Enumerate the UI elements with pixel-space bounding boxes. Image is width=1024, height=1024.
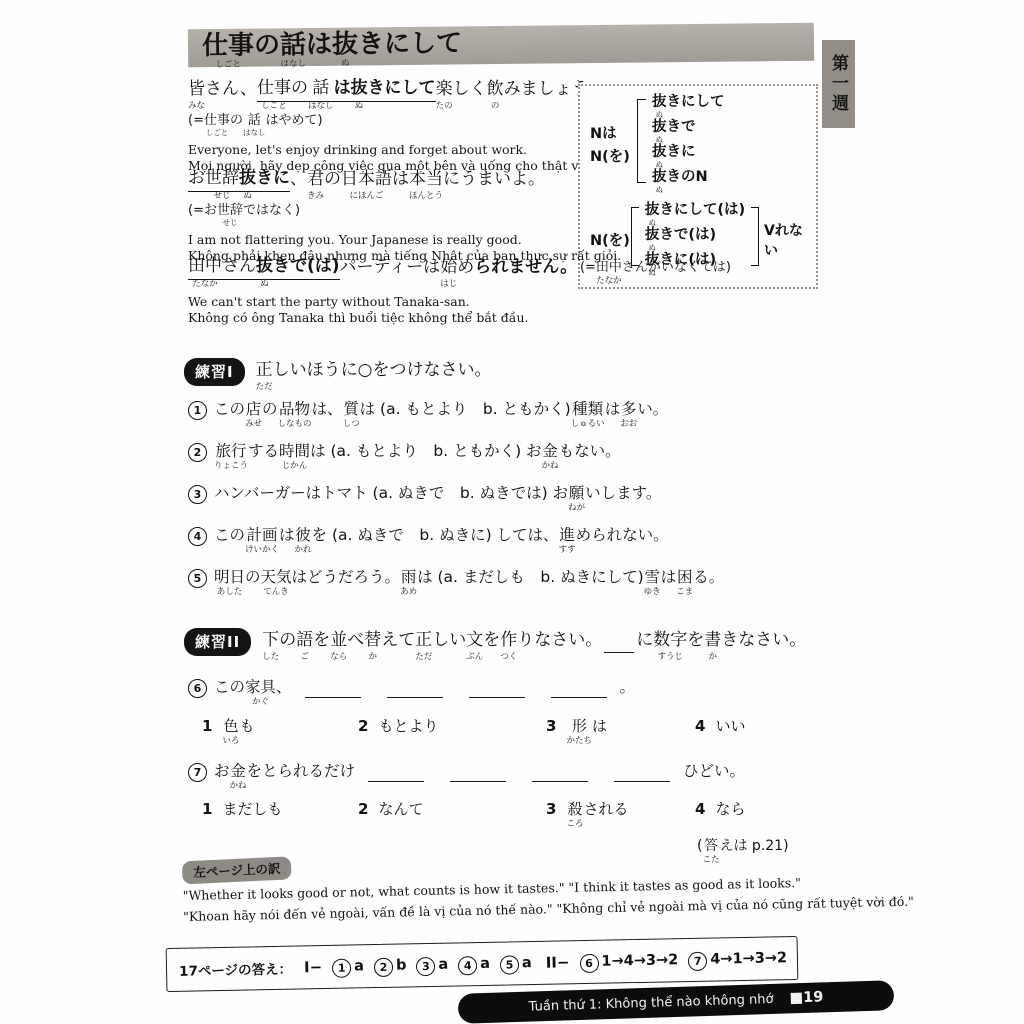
- question-7-options: 1まだしも 2なんて 3殺ころされる 4なら: [202, 799, 822, 841]
- text-segment: 金かね: [542, 440, 559, 471]
- text-segment: 抜ぬ: [239, 166, 256, 201]
- text-segment: も: [239, 716, 254, 746]
- text-segment: 店みせ: [245, 398, 262, 429]
- text-segment: もない。: [559, 440, 621, 471]
- text-segment: さんがいなくては): [622, 259, 731, 289]
- text-segment: の: [291, 76, 308, 111]
- example-block-3: 田中たなかさん 抜ぬきで(は) パーティーは 始はじめ られません。 (= 田中…: [188, 254, 731, 326]
- text-segment: される: [583, 799, 628, 829]
- text-segment: を: [687, 628, 704, 662]
- text-segment: きのN: [667, 169, 708, 194]
- week-tab-label: 第一週: [826, 54, 851, 114]
- example-translation-en: I am not flattering you. Your Japanese i…: [188, 232, 621, 248]
- text-segment: 皆みな: [188, 77, 205, 111]
- example-sentence-jp: 田中たなかさん 抜ぬきで(は) パーティーは 始はじめ られません。 (= 田中…: [188, 254, 731, 289]
- text-segment: 世辞せじ: [205, 166, 239, 201]
- grammar-label: Nは: [590, 122, 637, 143]
- blank-underline: [551, 679, 607, 698]
- example-paraphrase-jp: (=お 世辞せじではなく): [188, 202, 621, 227]
- answers-list: I−1a2b3a4a5aII−61→4→3→274→1→3→2: [304, 947, 787, 978]
- blank-underline: [532, 763, 588, 782]
- example-paraphrase-jp: (= 仕事しごとの 話はなしはやめて): [188, 112, 640, 137]
- text-segment: 替か: [364, 628, 381, 662]
- text-segment: 文ぶん: [466, 628, 483, 662]
- text-segment: (=: [580, 259, 596, 289]
- text-segment: パーティーは: [340, 255, 441, 289]
- text-segment: りなさい。: [517, 628, 602, 662]
- circled-number: 1: [188, 401, 207, 420]
- text-segment: きにして: [358, 29, 462, 68]
- text-segment: 抜ぬ: [351, 76, 368, 111]
- text-segment: 。: [620, 676, 636, 707]
- answer-item: 74→1→3→2: [688, 947, 787, 971]
- text-segment: め: [457, 255, 474, 289]
- grammar-pattern: 抜ぬきにして: [652, 94, 725, 119]
- bracket-right: [751, 207, 759, 266]
- answer-item: 1a: [332, 955, 364, 978]
- option-number: 2: [358, 717, 368, 735]
- text-segment: いい: [715, 716, 745, 746]
- bracket-left: [637, 99, 646, 183]
- text-segment: 飲の: [487, 77, 504, 111]
- option-number: 4: [695, 717, 705, 735]
- text-segment: 仕事しごと: [202, 32, 254, 71]
- blank-underline: [387, 679, 443, 698]
- text-segment: 品物しなもの: [278, 398, 312, 429]
- lesson-title-banner: 仕事しごとの 話はなしは 抜ぬきにして: [188, 23, 814, 68]
- text-segment: しく: [453, 77, 487, 111]
- option-number: 2: [358, 800, 368, 818]
- answer-option: 4なら: [695, 799, 745, 829]
- text-segment: は: [279, 524, 295, 555]
- grammar-verb-note: Vれない: [764, 202, 810, 277]
- exercise2-instruction: 下したの 語ごを 並ならべ 替かえて 正ただしい 文ぶんを 作つくりなさい。 に…: [262, 628, 806, 662]
- text-segment: は: [334, 76, 351, 111]
- text-segment: の: [245, 566, 261, 597]
- text-segment: 旅行りょこう: [214, 440, 248, 471]
- circled-number: 4: [188, 527, 207, 546]
- text-segment: 数字すうじ: [653, 628, 687, 662]
- text-segment: をとられるだけ: [247, 760, 356, 791]
- text-segment: られません。: [474, 255, 577, 289]
- exercise1-questions: 1この 店みせの 品物しなものは、 質しつは (a. もとより b. ともかく)…: [188, 398, 724, 597]
- text-segment: 金かね: [230, 760, 247, 791]
- answer-item: 3a: [416, 954, 448, 977]
- text-segment: 仕事しごと: [257, 76, 291, 111]
- answer-value: b: [396, 957, 407, 973]
- grammar-pattern: 抜ぬきのN: [652, 169, 725, 194]
- example-block-2: お 世辞せじ抜ぬきに 、 君きみの 日本語にほんごは 本当ほんとうにうまいよ。 …: [188, 166, 621, 264]
- text-segment: に: [636, 628, 653, 662]
- answer-value: a: [480, 956, 490, 972]
- text-segment: 話はなし: [243, 112, 266, 137]
- text-segment: ハンバーガーはトマト (a. ぬきで b. ぬきでは) お: [214, 482, 568, 513]
- answer-option: 3形かたちは: [546, 716, 607, 746]
- example-sentence-jp: 皆みなさん、 仕事しごとの 話はなしは 抜ぬきにして 楽たのしく 飲のみましょう…: [188, 76, 640, 111]
- exercise1-badge: 練習I: [184, 358, 245, 386]
- text-segment: きにして(は): [659, 202, 745, 227]
- grammar-pattern: 抜ぬきで(は): [645, 227, 745, 252]
- exercise2-header: 練習II 下したの 語ごを 並ならべ 替かえて 正ただしい 文ぶんを 作つくりな…: [184, 628, 806, 662]
- section-numeral: I−: [304, 958, 322, 976]
- question-row: 6この 家具かぐ、 。: [188, 676, 635, 707]
- circled-number: 3: [416, 957, 435, 976]
- text-segment: 田中たなか: [188, 254, 222, 289]
- text-segment: 楽たの: [436, 77, 453, 111]
- text-segment: 困こま: [676, 566, 693, 597]
- answers-label: 17ページの答え：: [179, 958, 292, 980]
- lesson-title: 仕事しごとの 話はなしは 抜ぬきにして: [202, 29, 462, 70]
- text-segment: の: [254, 31, 280, 69]
- text-segment: を: [483, 628, 500, 662]
- previous-page-answers-strip: 17ページの答え： I−1a2b3a4a5aII−61→4→3→274→1→3→…: [166, 936, 799, 992]
- grammar-group-1: NはN(を) 抜ぬきにして 抜ぬきで 抜ぬきに 抜ぬきのN: [590, 94, 810, 194]
- text-segment: 抜ぬ: [256, 254, 273, 289]
- answer-option: 2なんて: [358, 799, 423, 829]
- text-segment: お: [214, 760, 230, 791]
- section-numeral: II−: [546, 953, 570, 971]
- text-segment: 多おお: [620, 398, 637, 429]
- text-segment: 並なら: [330, 628, 347, 662]
- circled-number: 7: [688, 952, 707, 971]
- text-segment: 天気てんき: [261, 566, 292, 597]
- option-number: 1: [202, 800, 212, 818]
- text-segment: 語ご: [296, 628, 313, 662]
- text-segment: きに: [667, 144, 696, 169]
- text-segment: ではなく): [243, 202, 300, 227]
- text-segment: 抜ぬ: [652, 144, 667, 169]
- text-segment: を (a. ぬきで b. ぬきに) しては、: [312, 524, 559, 555]
- text-segment: (=: [188, 112, 204, 137]
- text-segment: 田中たなか: [596, 259, 622, 289]
- option-number: 4: [695, 800, 705, 818]
- text-segment: きで(は): [659, 227, 716, 252]
- text-segment: 抜ぬ: [645, 227, 660, 252]
- grammar-label: N(を): [590, 145, 637, 166]
- text-segment: 仕事しごと: [204, 112, 230, 137]
- text-segment: い。: [637, 398, 668, 429]
- blank-underline: [450, 763, 506, 782]
- text-segment: 書か: [704, 628, 721, 662]
- text-segment: もとより: [378, 716, 438, 746]
- text-segment: 形かたち: [566, 716, 592, 746]
- circled-number: 4: [458, 956, 477, 975]
- circled-number: 6: [579, 954, 598, 973]
- text-segment: 世辞せじ: [217, 202, 243, 227]
- blank-underline: [604, 634, 634, 653]
- circled-number: 2: [188, 443, 207, 462]
- text-segment: 願ねが: [568, 482, 585, 513]
- text-segment: 質しつ: [343, 398, 360, 429]
- text-segment: いします。: [585, 482, 661, 513]
- circled-number: 1: [332, 959, 351, 978]
- text-segment: の: [230, 112, 243, 137]
- text-segment: は: [605, 398, 621, 429]
- text-segment: 話はなし: [280, 31, 306, 69]
- text-segment: きにして: [667, 94, 725, 119]
- text-segment: しいほうに○をつけなさい。: [273, 358, 492, 392]
- example-translation-vi: Không có ông Tanaka thì buổi tiệc không …: [188, 310, 731, 326]
- text-segment: べ: [347, 628, 364, 662]
- circled-number: 2: [374, 958, 393, 977]
- text-segment: められない。: [576, 524, 669, 555]
- answer-option: 1色いろも: [202, 716, 254, 746]
- text-segment: さん: [222, 254, 256, 289]
- text-segment: を: [313, 628, 330, 662]
- text-segment: 抜ぬ: [652, 169, 667, 194]
- exercise1-instruction: 正ただしいほうに○をつけなさい。: [256, 358, 492, 392]
- text-segment: 日本語にほんご: [341, 167, 392, 201]
- text-segment: 色いろ: [222, 716, 239, 746]
- bottom-translation-note: 左ページ上の訳 "Whether it looks good or not, w…: [182, 845, 914, 925]
- text-segment: の: [324, 167, 341, 201]
- text-segment: する: [248, 440, 279, 471]
- text-segment: 進すす: [559, 524, 576, 555]
- answer-item: 2b: [374, 954, 407, 977]
- text-segment: 本当ほんとう: [409, 167, 443, 201]
- footer-page-number: ■19: [789, 989, 823, 1006]
- text-segment: にうまいよ。: [443, 167, 545, 201]
- text-segment: 作つく: [500, 628, 517, 662]
- bottom-note-badge: 左ページ上の訳: [182, 856, 292, 884]
- text-segment: きで(は): [273, 254, 340, 289]
- example-translation-en: We can't start the party without Tanaka-…: [188, 294, 731, 310]
- text-segment: 、: [290, 167, 307, 201]
- text-segment: きなさい。: [721, 628, 806, 662]
- text-segment: は (a. もとより b. ともかく): [360, 398, 571, 429]
- grammar-pattern: 抜ぬきにして(は): [645, 202, 745, 227]
- circled-number: 3: [188, 485, 207, 504]
- answer-value: 4→1→3→2: [710, 950, 787, 967]
- blank-underline: [469, 679, 525, 698]
- circled-number: 5: [500, 955, 519, 974]
- text-segment: 明日あした: [214, 566, 245, 597]
- answer-option: 1まだしも: [202, 799, 282, 829]
- text-segment: さん、: [205, 77, 257, 111]
- text-segment: きに: [256, 166, 290, 201]
- text-segment: 始はじ: [440, 255, 457, 289]
- grammar-items: 抜ぬきにして 抜ぬきで 抜ぬきに 抜ぬきのN: [652, 94, 725, 194]
- text-segment: 抜ぬ: [645, 202, 660, 227]
- question-row: 3ハンバーガーはトマト (a. ぬきで b. ぬきでは) お 願ねがいします。: [188, 482, 724, 513]
- text-segment: 正ただ: [415, 628, 432, 662]
- question-row: 2旅行りょこうする 時間じかんは (a. もとより b. ともかく) お 金かね…: [188, 440, 724, 471]
- answer-option: 3殺ころされる: [546, 799, 628, 829]
- question-6: 6この 家具かぐ、 。: [188, 676, 635, 707]
- question-row: 1この 店みせの 品物しなものは、 質しつは (a. もとより b. ともかく)…: [188, 398, 724, 429]
- answers-section: I−1a2b3a4a5a: [304, 952, 532, 978]
- text-segment: る。: [693, 566, 724, 597]
- text-segment: は (a. もとより b. ともかく) お: [310, 440, 542, 471]
- text-segment: 彼かれ: [295, 524, 312, 555]
- question-7: 7お 金かねをとられるだけ ひどい。: [188, 760, 745, 791]
- blank-underline: [305, 679, 361, 698]
- question-row: 7お 金かねをとられるだけ ひどい。: [188, 760, 745, 791]
- text-segment: まだしも: [222, 799, 282, 829]
- text-segment: 家具かぐ: [245, 676, 276, 707]
- text-segment: はやめて): [266, 112, 323, 137]
- week-tab: 第一週: [822, 40, 855, 128]
- answer-value: a: [438, 957, 448, 973]
- text-segment: なんて: [378, 799, 423, 829]
- text-segment: は: [661, 566, 677, 597]
- grammar-pattern: 抜ぬきで: [652, 119, 725, 144]
- text-segment: きにして: [368, 76, 436, 111]
- text-segment: はどうだろう。: [292, 566, 401, 597]
- option-number: 3: [546, 717, 556, 735]
- text-segment: 話はなし: [308, 76, 334, 111]
- exercise2-badge: 練習II: [184, 628, 251, 656]
- text-segment: しい: [432, 628, 466, 662]
- text-segment: 殺ころ: [566, 799, 583, 829]
- answer-value: a: [354, 958, 364, 974]
- text-segment: きで: [667, 119, 696, 144]
- text-segment: この: [214, 524, 245, 555]
- text-segment: 抜ぬ: [652, 94, 667, 119]
- text-segment: 君きみ: [307, 167, 324, 201]
- text-segment: 雪ゆき: [644, 566, 661, 597]
- example-block-1: 皆みなさん、 仕事しごとの 話はなしは 抜ぬきにして 楽たのしく 飲のみましょう…: [188, 76, 640, 174]
- text-segment: 正ただ: [256, 358, 273, 392]
- grammar-pattern: 抜ぬきに: [652, 144, 725, 169]
- footer-bar: Tuần thứ 1: Không thể nào không nhớ ■19: [458, 980, 895, 1024]
- answers-section: II−61→4→3→274→1→3→2: [546, 947, 788, 974]
- text-segment: の: [262, 398, 278, 429]
- text-segment: 下した: [262, 628, 279, 662]
- text-segment: 抜ぬ: [652, 119, 667, 144]
- answer-option: 2もとより: [358, 716, 438, 746]
- text-segment: 、: [276, 676, 292, 707]
- text-segment: この: [214, 676, 245, 707]
- text-segment: 時間じかん: [279, 440, 310, 471]
- text-segment: この: [214, 398, 245, 429]
- text-segment: なら: [715, 799, 745, 829]
- text-segment: 雨あめ: [400, 566, 417, 597]
- blank-underline: [614, 763, 670, 782]
- text-segment: は (a. まだしも b. ぬきにして): [417, 566, 644, 597]
- example-translation-en: Everyone, let's enjoy drinking and forge…: [188, 142, 640, 158]
- example-sentence-jp: お 世辞せじ抜ぬきに 、 君きみの 日本語にほんごは 本当ほんとうにうまいよ。: [188, 166, 621, 201]
- text-segment: 計画けいかく: [245, 524, 279, 555]
- blank-underline: [368, 763, 424, 782]
- option-number: 1: [202, 717, 212, 735]
- text-segment: お: [188, 166, 205, 201]
- text-segment: えて: [381, 628, 415, 662]
- question-6-options: 1色いろも 2もとより 3形かたちは 4いい: [202, 716, 822, 758]
- question-row: 4この 計画けいかくは 彼かれを (a. ぬきで b. ぬきに) しては、 進す…: [188, 524, 724, 555]
- text-segment: 抜ぬ: [332, 30, 358, 68]
- text-segment: は: [306, 31, 332, 69]
- answer-value: 1→4→3→2: [601, 952, 678, 969]
- text-segment: は、: [312, 398, 343, 429]
- exercise1-header: 練習I 正ただしいほうに○をつけなさい。: [184, 358, 491, 392]
- text-segment: は: [392, 167, 409, 201]
- answer-option: 4いい: [695, 716, 745, 746]
- circled-number: 7: [188, 763, 207, 782]
- text-segment: の: [279, 628, 296, 662]
- textbook-page: 仕事しごとの 話はなしは 抜ぬきにして 第一週 皆みなさん、 仕事しごとの 話は…: [0, 0, 1024, 1024]
- circled-number: 6: [188, 679, 207, 698]
- answer-item: 61→4→3→2: [579, 949, 678, 973]
- footer-week-title: Tuần thứ 1: Không thể nào không nhớ: [528, 991, 773, 1014]
- circled-number: 5: [188, 569, 207, 588]
- answer-item: 4a: [458, 953, 490, 976]
- text-segment: 種類しゅるい: [571, 398, 605, 429]
- text-segment: (=お: [188, 202, 217, 227]
- answer-item: 5a: [500, 952, 532, 975]
- text-segment: は: [592, 716, 607, 746]
- text-segment: ひどい。: [683, 760, 745, 791]
- question-row: 5明日あしたの 天気てんきはどうだろう。 雨あめは (a. まだしも b. ぬき…: [188, 566, 724, 597]
- option-number: 3: [546, 800, 556, 818]
- answer-value: a: [522, 955, 532, 971]
